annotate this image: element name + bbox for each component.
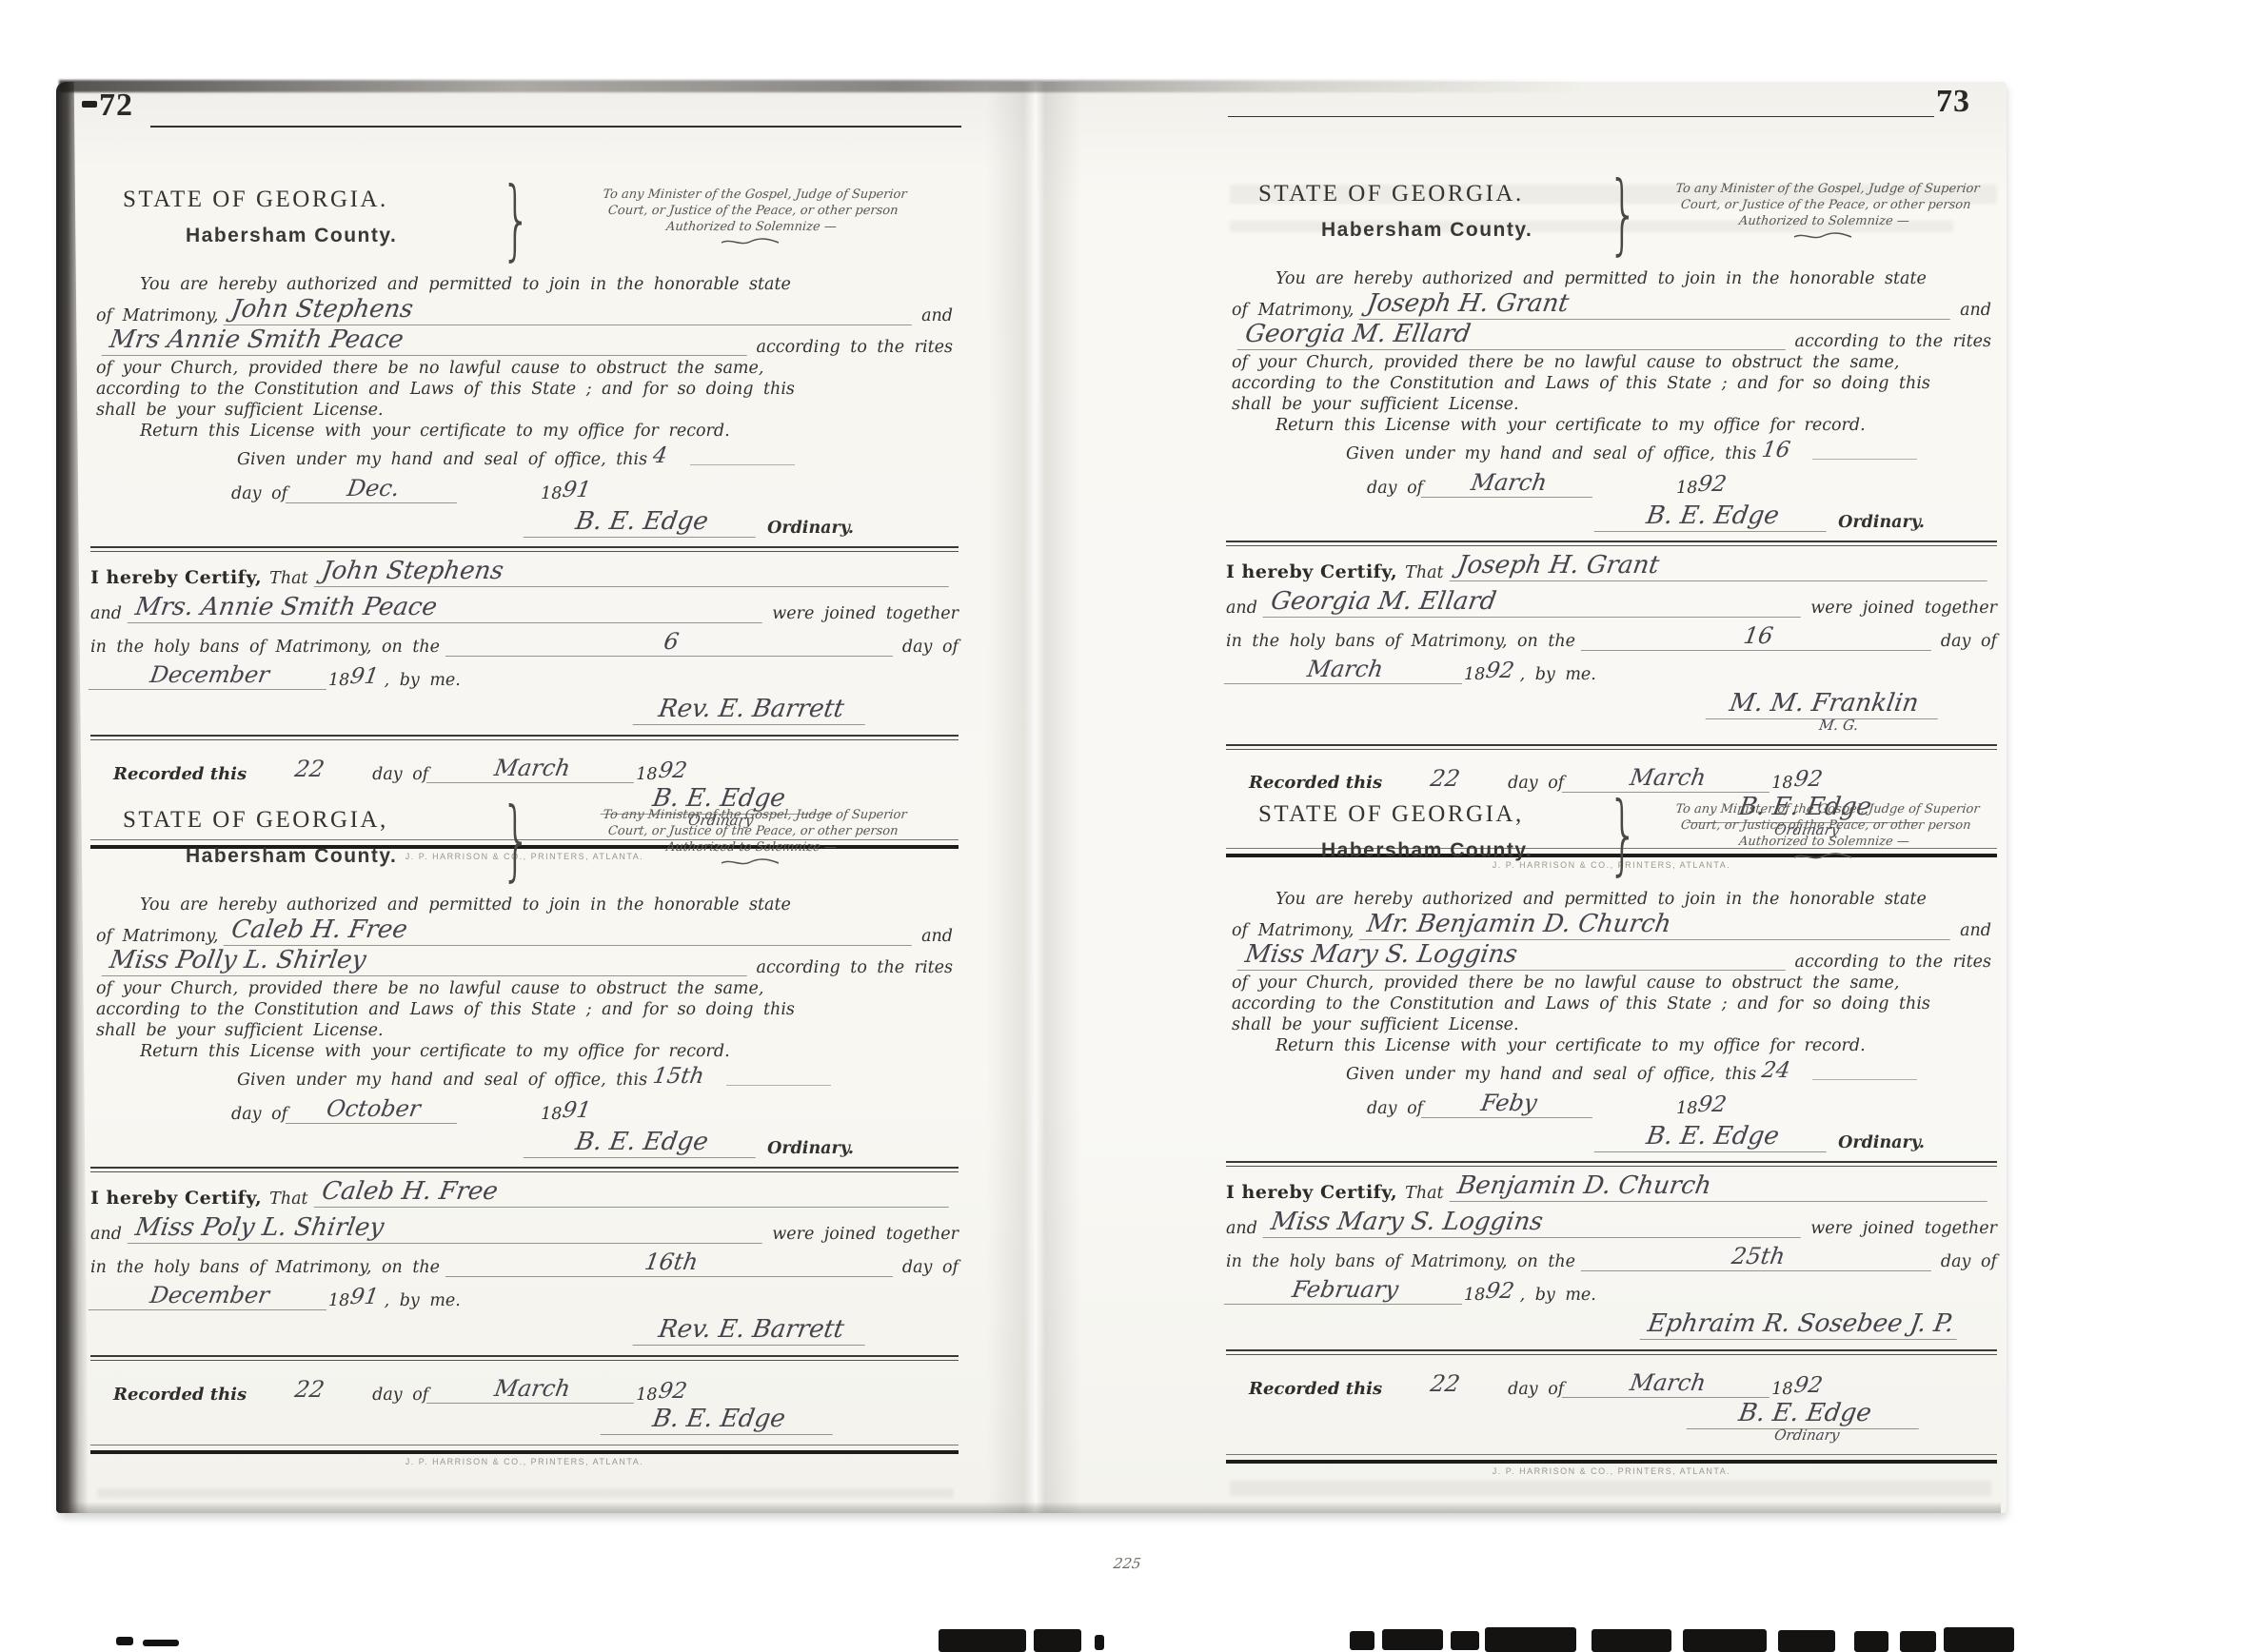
recorded-day: 22 — [245, 757, 374, 783]
scan-artifact — [1592, 1629, 1671, 1652]
church-line: of your Church, provided there be no law… — [1232, 973, 1991, 993]
day-of-label: day of — [902, 638, 959, 657]
addressee-line: Court, or Justice of the Peace, or other… — [545, 823, 959, 839]
constitution-line: according to the Constitution and Laws o… — [1232, 374, 1991, 394]
year-prefix: 18 — [1771, 1380, 1792, 1399]
joined-label: were joined together — [772, 604, 959, 623]
certify-groom-name: Joseph H. Grant — [1449, 553, 1991, 581]
flourish-icon — [1791, 853, 1853, 861]
page-top-edge — [59, 80, 1582, 92]
officiant-title: M. G. — [1811, 718, 1941, 736]
addressee-line: Court, or Justice of the Peace, or other… — [1652, 817, 1998, 834]
ordinary-signature: B. E. Edge — [524, 509, 761, 538]
flourish-icon — [1791, 232, 1853, 241]
bride-name: Miss Polly L. Shirley — [102, 948, 751, 976]
scan-artifact — [1854, 1631, 1888, 1652]
county-heading: Habersham County. — [186, 225, 486, 247]
divider-rule — [90, 1167, 959, 1172]
sufficient-line: shall be your sufficient License. — [96, 401, 953, 421]
bans-line: in the holy bans of Matrimony, on the — [90, 638, 440, 657]
marriage-year: 91 — [347, 1286, 386, 1310]
recorded-label: Recorded this — [113, 1385, 247, 1405]
matrimony-label: of Matrimony, — [96, 927, 218, 946]
church-line: of your Church, provided there be no law… — [96, 359, 953, 379]
year-prefix: 18 — [1676, 1099, 1697, 1118]
and-label: and — [1226, 1219, 1257, 1238]
license-month: Dec. — [286, 477, 461, 503]
year-prefix: 18 — [328, 671, 349, 690]
bottom-rule — [90, 1445, 959, 1454]
recorded-label: Recorded this — [1249, 1379, 1382, 1399]
authorize-line: You are hereby authorized and permitted … — [96, 895, 953, 915]
joined-label: were joined together — [1810, 599, 1997, 618]
marriage-day: 16 — [1581, 624, 1935, 651]
license-year: 92 — [1695, 473, 1733, 498]
license-year: 92 — [1695, 1093, 1733, 1118]
divider-rule — [1226, 1161, 1997, 1167]
and-label: and — [1960, 921, 1991, 940]
return-line: Return this License with your certificat… — [96, 1042, 953, 1062]
record-book-scan: 72 73 225 STATE OF GEORGIA. Habersham Co… — [59, 82, 2007, 1513]
return-line: Return this License with your certificat… — [1232, 416, 1991, 436]
license-year: 91 — [560, 479, 598, 503]
certify-groom-name: Caleb H. Free — [313, 1179, 953, 1208]
addressee-line: To any Minister of the Gospel, Judge of … — [1654, 801, 2000, 817]
day-of-label: day of — [1508, 1380, 1564, 1399]
authorize-line: You are hereby authorized and permitted … — [1232, 890, 1991, 910]
addressee-text: To any Minister of the Gospel, Judge of … — [1650, 794, 2001, 866]
blank-line — [1812, 459, 1917, 460]
marriage-month: February — [1224, 1278, 1466, 1305]
license-record-2: STATE OF GEORGIA, Habersham County. } To… — [90, 797, 959, 1466]
marriage-day: 16th — [445, 1250, 897, 1277]
that-label: That — [1405, 1184, 1443, 1203]
recorded-year: 92 — [1790, 1374, 1829, 1399]
page-number-left: 72 — [99, 88, 133, 124]
matrimony-label: of Matrimony, — [1232, 921, 1354, 940]
officiant-signature: Ephraim R. Sosebee J. P. — [1640, 1311, 1962, 1340]
and-label: and — [1226, 599, 1257, 618]
officiant-signature: Rev. E. Barrett — [633, 1317, 870, 1346]
ordinary-signature: B. E. Edge — [1594, 1124, 1831, 1152]
and-label: and — [90, 1225, 122, 1244]
recorded-month: March — [426, 1377, 638, 1404]
license-record-4: STATE OF GEORGIA, Habersham County. } To… — [1226, 792, 1997, 1476]
year-prefix: 18 — [636, 1386, 657, 1405]
certify-label: I hereby Certify, — [1226, 561, 1397, 582]
scan-artifact — [1095, 1635, 1104, 1650]
day-of-label: day of — [1941, 1252, 1997, 1271]
year-prefix: 18 — [1676, 479, 1697, 498]
given-line: Given under my hand and seal of office, … — [96, 450, 647, 469]
recorded-month: March — [426, 757, 638, 783]
groom-name: Caleb H. Free — [224, 917, 916, 946]
license-month: Feby — [1421, 1091, 1596, 1118]
recorded-label: Recorded this — [1249, 773, 1382, 793]
and-label: and — [921, 927, 953, 946]
marriage-month: March — [1224, 658, 1466, 684]
license-year: 91 — [560, 1099, 598, 1124]
scan-artifact — [1944, 1627, 2014, 1652]
groom-name: Mr. Benjamin D. Church — [1359, 912, 1954, 940]
license-month: October — [286, 1097, 461, 1124]
blank-line — [690, 464, 795, 465]
addressee-line: Authorized to Solemnize — — [544, 839, 958, 855]
brace-icon: } — [1608, 173, 1638, 255]
license-day: 15th — [645, 1065, 711, 1090]
scan-artifact — [1900, 1631, 1936, 1652]
brace-icon: } — [501, 179, 531, 261]
scan-artifact — [82, 101, 97, 108]
and-label: and — [921, 306, 953, 325]
recorded-day: 22 — [245, 1378, 374, 1404]
joined-label: were joined together — [772, 1225, 959, 1244]
given-line: Given under my hand and seal of office, … — [1232, 1065, 1756, 1084]
groom-name: Joseph H. Grant — [1359, 291, 1954, 320]
state-heading: STATE OF GEORGIA. — [1258, 181, 1593, 207]
rites-label: according to the rites — [1795, 332, 1991, 351]
scan-artifact — [1034, 1629, 1081, 1652]
addressee-line: To any Minister of the Gospel, Judge of … — [547, 187, 961, 203]
ordinary-signature: B. E. Edge — [524, 1130, 761, 1158]
year-prefix: 18 — [328, 1291, 349, 1310]
bride-name: Miss Mary S. Loggins — [1237, 942, 1789, 971]
certify-groom-name: Benjamin D. Church — [1449, 1173, 1991, 1202]
and-label: and — [1960, 301, 1991, 320]
day-of-label: day of — [372, 765, 428, 784]
addressee-line: Court, or Justice of the Peace, or other… — [1652, 197, 1998, 213]
divider-rule — [90, 546, 959, 552]
brace-icon: } — [501, 799, 531, 881]
license-day: 4 — [645, 444, 675, 469]
addressee-line: Authorized to Solemnize — — [1651, 213, 1996, 229]
by-me-label: , by me. — [385, 1291, 461, 1310]
sufficient-line: shall be your sufficient License. — [96, 1021, 953, 1041]
recorder-signature: B. E. Edge — [601, 1406, 838, 1435]
church-line: of your Church, provided there be no law… — [1232, 353, 1991, 373]
county-heading: Habersham County. — [186, 845, 486, 868]
marriage-year: 91 — [347, 665, 386, 690]
addressee-line: Authorized to Solemnize — — [544, 219, 958, 235]
scan-artifact — [143, 1640, 179, 1646]
county-heading: Habersham County. — [1321, 839, 1593, 862]
recorder-signature: B. E. Edge — [1687, 1401, 1924, 1429]
page-number-right: 73 — [1936, 84, 1970, 120]
license-month: March — [1421, 471, 1596, 498]
divider-rule — [1226, 1349, 1997, 1355]
and-label: and — [90, 604, 122, 623]
recorder-signature-title — [747, 1434, 835, 1436]
bottom-rule — [1226, 1454, 1997, 1464]
recorded-month: March — [1562, 1371, 1773, 1398]
recorded-year: 92 — [655, 759, 693, 784]
year-prefix: 18 — [541, 484, 562, 503]
stray-page-mark: 225 — [1113, 1555, 1142, 1572]
day-of-label: day of — [231, 1105, 287, 1124]
scan-artifact — [1683, 1629, 1767, 1652]
day-of-label: day of — [1941, 632, 1997, 651]
by-me-label: , by me. — [385, 671, 461, 690]
year-prefix: 18 — [1771, 774, 1792, 793]
addressee-line: Authorized to Solemnize — — [1651, 834, 1996, 850]
bans-line: in the holy bans of Matrimony, on the — [90, 1258, 440, 1277]
year-prefix: 18 — [1464, 1286, 1485, 1305]
recorder-signature-title: Ordinary — [1767, 1428, 1922, 1445]
marriage-day: 6 — [445, 630, 897, 657]
county-heading: Habersham County. — [1321, 219, 1593, 242]
matrimony-label: of Matrimony, — [1232, 301, 1354, 320]
day-of-label: day of — [1508, 774, 1564, 793]
state-heading: STATE OF GEORGIA, — [1258, 801, 1593, 828]
state-heading: STATE OF GEORGIA. — [123, 187, 486, 213]
certify-label: I hereby Certify, — [90, 567, 262, 588]
blank-line — [726, 1085, 831, 1086]
certify-bride-name: Georgia M. Ellard — [1263, 589, 1806, 618]
rites-label: according to the rites — [1795, 953, 1991, 972]
day-of-label: day of — [902, 1258, 959, 1277]
constitution-line: according to the Constitution and Laws o… — [1232, 994, 1991, 1014]
recorded-month: March — [1562, 766, 1773, 793]
divider-rule — [90, 1355, 959, 1361]
ordinary-label: Ordinary. — [767, 1139, 854, 1158]
given-line: Given under my hand and seal of office, … — [1232, 444, 1756, 463]
that-label: That — [269, 569, 307, 588]
state-heading: STATE OF GEORGIA, — [123, 807, 486, 834]
authorize-line: You are hereby authorized and permitted … — [96, 275, 953, 295]
constitution-line: according to the Constitution and Laws o… — [96, 1000, 953, 1020]
day-of-label: day of — [1367, 1099, 1423, 1118]
addressee-line: Court, or Justice of the Peace, or other… — [545, 203, 959, 219]
recorded-day: 22 — [1380, 767, 1510, 793]
sufficient-line: shall be your sufficient License. — [1232, 395, 1991, 415]
certify-bride-name: Miss Poly L. Shirley — [128, 1215, 767, 1244]
recorded-year: 92 — [655, 1380, 693, 1405]
divider-rule — [1226, 744, 1997, 750]
joined-label: were joined together — [1810, 1219, 1997, 1238]
top-rule-left — [150, 126, 961, 128]
certify-bride-name: Mrs. Annie Smith Peace — [128, 595, 767, 623]
license-day: 16 — [1754, 439, 1797, 463]
marriage-year: 92 — [1483, 659, 1521, 684]
scan-artifact — [1451, 1631, 1479, 1650]
recorded-day: 22 — [1380, 1372, 1510, 1398]
rites-label: according to the rites — [757, 338, 953, 357]
ordinary-label: Ordinary. — [767, 519, 854, 538]
bride-name: Mrs Annie Smith Peace — [102, 327, 751, 356]
constitution-line: according to the Constitution and Laws o… — [96, 380, 953, 400]
addressee-text: To any Minister of the Gospel, Judge of … — [543, 179, 962, 251]
scan-artifact — [116, 1637, 133, 1645]
year-prefix: 18 — [541, 1105, 562, 1124]
flourish-icon — [719, 858, 781, 867]
by-me-label: , by me. — [1520, 1286, 1596, 1305]
top-rule-right — [1228, 116, 1934, 117]
license-record-3: STATE OF GEORGIA. Habersham County. } To… — [1226, 171, 1997, 870]
scan-artifact — [1778, 1630, 1835, 1652]
that-label: That — [1405, 563, 1443, 582]
bride-name: Georgia M. Ellard — [1237, 322, 1789, 350]
divider-rule — [1226, 541, 1997, 546]
officiant-title — [1871, 1339, 1959, 1341]
page-bottom-edge — [65, 1502, 2001, 1513]
marriage-year: 92 — [1483, 1280, 1521, 1305]
certify-bride-name: Miss Mary S. Loggins — [1263, 1209, 1806, 1238]
addressee-text: To any Minister of the Gospel, Judge of … — [543, 799, 962, 872]
blank-line — [1812, 1079, 1917, 1080]
book-gutter — [986, 82, 1081, 1513]
printer-credit: J. P. HARRISON & CO., PRINTERS, ATLANTA. — [1226, 1466, 1997, 1476]
officiant-signature: Rev. E. Barrett — [633, 697, 870, 725]
officiant-title — [780, 724, 867, 726]
return-line: Return this License with your certificat… — [1232, 1036, 1991, 1056]
sufficient-line: shall be your sufficient License. — [1232, 1015, 1991, 1035]
officiant-signature: M. M. Franklin — [1706, 691, 1943, 719]
bans-line: in the holy bans of Matrimony, on the — [1226, 1252, 1575, 1271]
groom-name: John Stephens — [224, 297, 916, 325]
scan-artifact — [1382, 1629, 1443, 1650]
year-prefix: 18 — [636, 765, 657, 784]
license-day: 24 — [1754, 1059, 1797, 1084]
certify-label: I hereby Certify, — [1226, 1182, 1397, 1203]
marriage-month: December — [89, 1284, 330, 1310]
marriage-day: 25th — [1581, 1245, 1935, 1271]
printer-credit: J. P. HARRISON & CO., PRINTERS, ATLANTA. — [90, 1457, 959, 1466]
flourish-icon — [719, 238, 781, 246]
addressee-line: To any Minister of the Gospel, Judge of … — [1654, 181, 2000, 197]
ordinary-signature: B. E. Edge — [1594, 503, 1831, 532]
license-record-1: STATE OF GEORGIA. Habersham County. } To… — [90, 177, 959, 861]
year-prefix: 18 — [1464, 665, 1485, 684]
bans-line: in the holy bans of Matrimony, on the — [1226, 632, 1575, 651]
addressee-line: To any Minister of the Gospel, Judge of … — [547, 807, 961, 823]
by-me-label: , by me. — [1520, 665, 1596, 684]
recorded-label: Recorded this — [113, 764, 247, 784]
ordinary-label: Ordinary. — [1838, 513, 1925, 532]
rites-label: according to the rites — [757, 958, 953, 977]
scan-artifact — [939, 1629, 1026, 1652]
brace-icon: } — [1608, 794, 1638, 875]
marriage-month: December — [89, 663, 330, 690]
authorize-line: You are hereby authorized and permitted … — [1232, 269, 1991, 289]
that-label: That — [269, 1190, 307, 1209]
divider-rule — [90, 735, 959, 740]
addressee-text: To any Minister of the Gospel, Judge of … — [1650, 173, 2001, 246]
certify-label: I hereby Certify, — [90, 1188, 262, 1209]
ordinary-label: Ordinary. — [1838, 1133, 1925, 1152]
certify-groom-name: John Stephens — [313, 559, 953, 587]
day-of-label: day of — [231, 484, 287, 503]
scan-artifact — [1350, 1631, 1374, 1650]
church-line: of your Church, provided there be no law… — [96, 979, 953, 999]
matrimony-label: of Matrimony, — [96, 306, 218, 325]
scan-artifact — [1485, 1627, 1576, 1652]
day-of-label: day of — [1367, 479, 1423, 498]
given-line: Given under my hand and seal of office, … — [96, 1071, 647, 1090]
recorded-year: 92 — [1790, 768, 1829, 793]
day-of-label: day of — [372, 1386, 428, 1405]
officiant-title — [780, 1345, 867, 1347]
return-line: Return this License with your certificat… — [96, 422, 953, 442]
